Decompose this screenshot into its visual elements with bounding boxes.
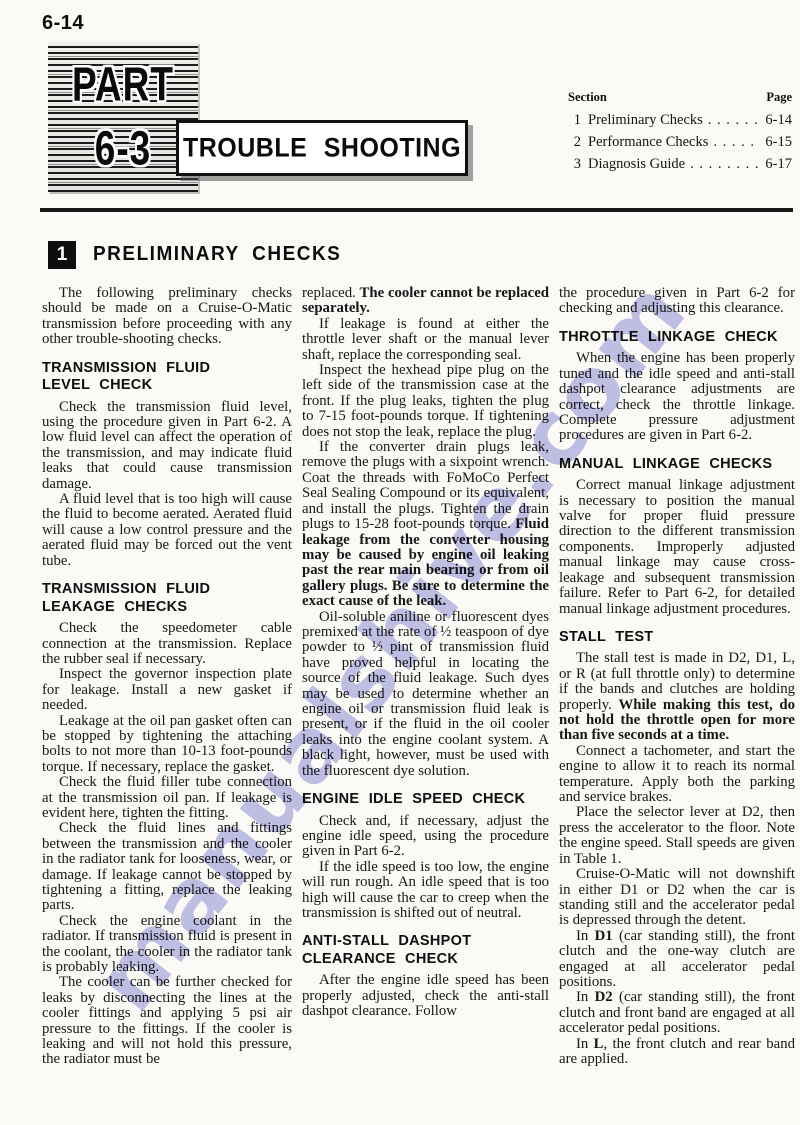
paragraph: Correct manual linkage adjustment is nec…: [559, 478, 795, 617]
paragraph: Place the selector lever at D2, then pre…: [559, 805, 795, 867]
toc-item-leader: . . . . .: [713, 131, 760, 153]
toc-item-leader: . . . . . . . .: [690, 153, 760, 175]
paragraph: Connect a tachometer, and start the engi…: [559, 744, 795, 806]
toc-item: 3 Diagnosis Guide . . . . . . . . 6-17: [568, 153, 792, 175]
paragraph: In D1 (car standing still), the front cl…: [559, 929, 795, 991]
toc-item: 1 Preliminary Checks . . . . . . 6-14: [568, 109, 792, 131]
paragraph: Inspect the governor inspection plate fo…: [42, 667, 292, 713]
paragraph: Cruise-O-Matic will not downshift in eit…: [559, 867, 795, 929]
scanned-manual-page: { "page": { "number": "6-14", "part_labe…: [0, 0, 800, 1125]
toc-item-page: 6-14: [765, 109, 792, 131]
toc-item: 2 Performance Checks . . . . . 6-15: [568, 131, 792, 153]
paragraph: Check the fluid filler tube connection a…: [42, 775, 292, 821]
paragraph: Check and, if necessary, adjust the engi…: [302, 814, 549, 860]
toc-item-page: 6-17: [765, 153, 792, 175]
header-divider: [40, 208, 793, 212]
column-subheading: MANUAL LINKAGE CHECKS: [559, 456, 795, 474]
paragraph: If the converter drain plugs leak, remov…: [302, 440, 549, 609]
paragraph: If the idle speed is too low, the engine…: [302, 860, 549, 922]
paragraph: the procedure given in Part 6-2 for chec…: [559, 286, 795, 317]
toc-item-page: 6-15: [765, 131, 792, 153]
paragraph: Check the engine coolant in the radiator…: [42, 914, 292, 976]
paragraph: Check the speedometer cable connection a…: [42, 621, 292, 667]
paragraph: Check the fluid lines and fittings betwe…: [42, 821, 292, 913]
paragraph: Leakage at the oil pan gasket often can …: [42, 714, 292, 776]
toc-item-label: Diagnosis Guide: [588, 153, 685, 175]
paragraph: replaced. The cooler cannot be replaced …: [302, 286, 549, 317]
paragraph: The cooler can be further checked for le…: [42, 975, 292, 1067]
paragraph: Oil-soluble aniline or fluorescent dyes …: [302, 610, 549, 779]
paragraph: In D2 (car standing still), the front cl…: [559, 990, 795, 1036]
toc-item-label: Performance Checks: [588, 131, 708, 153]
paragraph: In L, the front clutch and rear band are…: [559, 1037, 795, 1068]
paragraph: The following preliminary checks should …: [42, 286, 292, 348]
toc-section-header: Section: [568, 90, 607, 105]
column-3: the procedure given in Part 6-2 for chec…: [559, 286, 795, 1068]
part-label: PART: [72, 58, 174, 113]
column-subheading: TRANSMISSION FLUID LEAKAGE CHECKS: [42, 581, 292, 616]
toc-item-label: Preliminary Checks: [588, 109, 703, 131]
column-2: replaced. The cooler cannot be replaced …: [302, 286, 549, 1068]
paragraph: Inspect the hexhead pipe plug on the lef…: [302, 363, 549, 440]
paragraph: Check the transmission fluid level, usin…: [42, 400, 292, 492]
toc-item-leader: . . . . . .: [708, 109, 761, 131]
column-subheading: THROTTLE LINKAGE CHECK: [559, 329, 795, 347]
section-title: PRELIMINARY CHECKS: [93, 243, 341, 266]
body-columns: The following preliminary checks should …: [42, 286, 795, 1068]
section-number-badge: 1: [48, 241, 76, 269]
chapter-title-box: TROUBLE SHOOTING: [176, 120, 468, 176]
toc-item-number: 1: [568, 109, 581, 131]
paragraph: When the engine has been properly tuned …: [559, 351, 795, 443]
table-of-contents: Section Page 1 Preliminary Checks . . . …: [568, 90, 792, 175]
toc-item-number: 2: [568, 131, 581, 153]
toc-item-number: 3: [568, 153, 581, 175]
chapter-title: TROUBLE SHOOTING: [183, 132, 461, 163]
part-number: 6-3: [95, 122, 151, 177]
column-subheading: TRANSMISSION FLUID LEVEL CHECK: [42, 360, 292, 395]
column-subheading: ENGINE IDLE SPEED CHECK: [302, 791, 549, 809]
page-number: 6-14: [42, 12, 84, 35]
column-1: The following preliminary checks should …: [42, 286, 292, 1068]
paragraph: After the engine idle speed has been pro…: [302, 973, 549, 1019]
paragraph: The stall test is made in D2, D1, L, or …: [559, 651, 795, 743]
column-subheading: STALL TEST: [559, 629, 795, 647]
toc-header-row: Section Page: [568, 90, 792, 105]
paragraph: If leakage is found at either the thrott…: [302, 317, 549, 363]
paragraph: A fluid level that is too high will caus…: [42, 492, 292, 569]
toc-page-header: Page: [766, 90, 792, 105]
section-heading: 1 PRELIMINARY CHECKS: [48, 241, 341, 269]
column-subheading: ANTI-STALL DASHPOT CLEARANCE CHECK: [302, 933, 549, 968]
